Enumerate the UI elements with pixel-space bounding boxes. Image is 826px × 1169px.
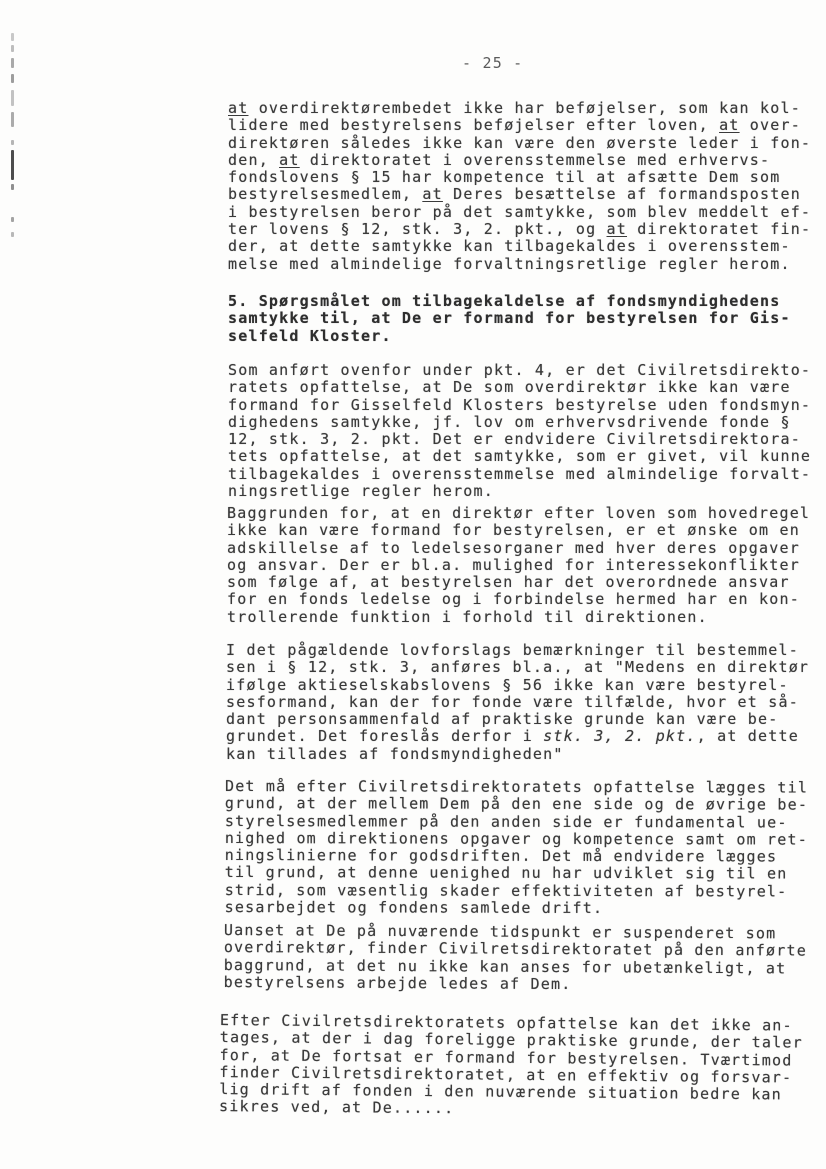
text-line: Baggrunden for, at en direktør efter lov…: [227, 505, 810, 522]
paragraph: Efter Civilretsdirektoratets opfattelse …: [219, 1012, 803, 1121]
text-line: ter lovens § 12, stk. 3, 2. pkt., og at …: [228, 221, 811, 238]
scan-noise-mark: [11, 58, 14, 68]
text-line: ratets opfattelse, at De som overdirektø…: [228, 379, 811, 396]
scan-noise-mark: [11, 184, 14, 190]
scan-noise-mark: [11, 217, 14, 222]
text-line: Som anført ovenfor under pkt. 4, er det …: [228, 362, 811, 379]
paragraph: at overdirektørembedet ikke har beføjels…: [228, 100, 811, 273]
text-line: sesarbejdet og fondens samlede drift.: [225, 899, 808, 918]
text-line: trollerende funktion i forhold til direk…: [227, 609, 810, 626]
paragraph: I det pågældende lovforslags bemærkninge…: [226, 642, 809, 763]
text-line: formand for Gisselfeld Klosters bestyrel…: [228, 397, 811, 414]
scan-noise-mark: [11, 232, 14, 237]
text-line: der, at dette samtykke kan tilbagekaldes…: [228, 238, 811, 255]
scan-noise-mark: [11, 45, 14, 52]
paragraph: Baggrunden for, at en direktør efter lov…: [227, 505, 810, 626]
text-line: 5. Spørgsmålet om tilbagekaldelse af fon…: [228, 293, 791, 310]
text-line: at overdirektørembedet ikke har beføjels…: [228, 100, 811, 117]
scan-noise-mark: [11, 112, 14, 127]
text-line: I det pågældende lovforslags bemærkninge…: [226, 642, 809, 659]
paragraph: Det må efter Civilretsdirektoratets opfa…: [225, 778, 809, 918]
text-line: ikke kan være formand for bestyrelsen, e…: [227, 522, 810, 539]
text-line: og ansvar. Der er bl.a. mulighed for int…: [227, 557, 810, 574]
scan-noise-mark: [11, 90, 14, 106]
text-line: ningsretlige regler herom.: [228, 483, 811, 500]
text-line: kan tillades af fondsmyndigheden": [226, 746, 809, 763]
text-line: ifølge aktieselskabslovens § 56 ikke kan…: [226, 677, 809, 694]
text-line: fondslovens § 15 har kompetence til at a…: [228, 169, 811, 186]
text-line: sesformand, kan der for fonde være tilfæ…: [226, 694, 809, 711]
text-line: tets opfattelse, at det samtykke, som er…: [228, 448, 811, 465]
text-line: i bestyrelsen beror på det samtykke, som…: [228, 204, 811, 221]
text-line: lidere med bestyrelsens beføjelser efter…: [228, 117, 811, 134]
text-line: adskillelse af to ledelsesorganer med hv…: [227, 540, 810, 557]
text-line: 12, stk. 3, 2. pkt. Det er endvidere Civ…: [228, 431, 811, 448]
paragraph: Uanset at De på nuværende tidspunkt er s…: [224, 922, 808, 995]
scan-noise-mark: [11, 33, 14, 41]
section-heading: 5. Spørgsmålet om tilbagekaldelse af fon…: [228, 293, 791, 345]
text-line: bestyrelsesmedlem, at Deres besættelse a…: [228, 186, 811, 203]
text-line: direktøren således ikke kan være den øve…: [228, 135, 811, 152]
text-line: bestyrelsens arbejde ledes af Dem.: [224, 974, 807, 995]
paragraph: Som anført ovenfor under pkt. 4, er det …: [228, 362, 811, 500]
text-line: sen i § 12, stk. 3, anføres bl.a., at "M…: [226, 659, 809, 676]
text-line: for en fonds ledelse og i forbindelse he…: [227, 591, 810, 608]
scanned-document-page: - 25 - at overdirektørembedet ikke har b…: [0, 0, 826, 1169]
text-line: tilbagekaldes i overensstemmelse med alm…: [228, 466, 811, 483]
text-line: dant personsammenfald af praktiske grund…: [226, 711, 809, 728]
scan-noise-mark: [11, 74, 14, 83]
page-number: - 25 -: [462, 54, 523, 72]
text-line: samtykke til, at De er formand for besty…: [228, 310, 791, 327]
text-line: som følge af, at bestyrelsen har det ove…: [227, 574, 810, 591]
text-line: grundet. Det foreslås derfor i stk. 3, 2…: [226, 728, 809, 745]
text-line: melse med almindelige forvaltningsretlig…: [228, 256, 811, 273]
text-line: dighedens samtykke, jf. lov om erhvervsd…: [228, 414, 811, 431]
text-line: den, at direktoratet i overensstemmelse …: [228, 152, 811, 169]
scan-noise-mark: [11, 150, 14, 180]
text-line: selfeld Kloster.: [228, 328, 791, 345]
scan-noise-mark: [11, 140, 14, 145]
